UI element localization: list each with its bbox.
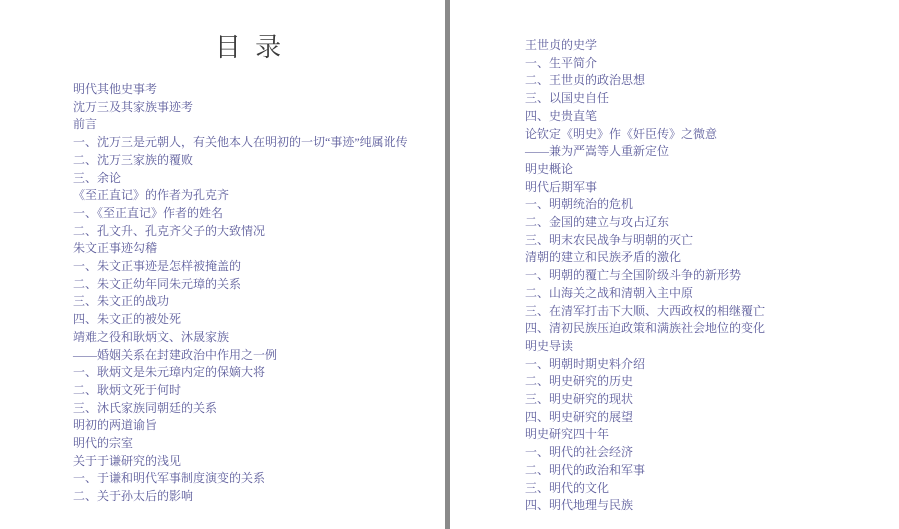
toc-entry[interactable]: 一、明朝统治的危机 — [525, 196, 885, 214]
toc-entry[interactable]: 三、在清军打击下大顺、大西政权的相继覆亡 — [525, 303, 885, 321]
toc-entry[interactable]: 四、清初民族压迫政策和满族社会地位的变化 — [525, 320, 885, 338]
toc-entry[interactable]: 二、关于孙太后的影响 — [73, 488, 423, 506]
toc-entry[interactable]: 一、于谦和明代军事制度演变的关系 — [73, 470, 423, 488]
toc-entry[interactable]: 王世贞的史学 — [525, 37, 885, 55]
toc-content-left: 目录 明代其他史事考沈万三及其家族事迹考前言一、沈万三是元朝人，有关他本人在明初… — [73, 0, 423, 506]
toc-entry[interactable]: 三、以国史自任 — [525, 90, 885, 108]
toc-entry[interactable]: 二、山海关之战和清朝入主中原 — [525, 285, 885, 303]
book-spread: 目录 明代其他史事考沈万三及其家族事迹考前言一、沈万三是元朝人，有关他本人在明初… — [0, 0, 899, 529]
toc-entry[interactable]: 明代的宗室 — [73, 435, 423, 453]
toc-entry[interactable]: 三、明史研究的现状 — [525, 391, 885, 409]
toc-entry[interactable]: 二、明史研究的历史 — [525, 373, 885, 391]
toc-entry[interactable]: 三、余论 — [73, 170, 423, 188]
toc-entry[interactable]: 前言 — [73, 116, 423, 134]
toc-entry[interactable]: ——婚姻关系在封建政治中作用之一例 — [73, 347, 423, 365]
toc-entry[interactable]: 二、朱文正幼年同朱元璋的关系 — [73, 276, 423, 294]
toc-entry[interactable]: 二、明代的政治和军事 — [525, 462, 885, 480]
toc-entry[interactable]: 一、明朝时期史料介绍 — [525, 356, 885, 374]
toc-entry[interactable]: 沈万三及其家族事迹考 — [73, 99, 423, 117]
toc-entry[interactable]: 《至正直记》的作者为孔克齐 — [73, 187, 423, 205]
toc-entry[interactable]: 一、《至正直记》作者的姓名 — [73, 205, 423, 223]
toc-entry[interactable]: 明史研究四十年 — [525, 426, 885, 444]
toc-entry[interactable]: 二、孔文升、孔克齐父子的大致情况 — [73, 223, 423, 241]
toc-entry[interactable]: 二、沈万三家族的覆败 — [73, 152, 423, 170]
toc-content-right: 王世贞的史学一、生平简介二、王世贞的政治思想三、以国史自任四、史贵直笔论钦定《明… — [525, 37, 885, 515]
toc-entry[interactable]: 二、耿炳文死于何时 — [73, 382, 423, 400]
toc-page-title: 目录 — [73, 33, 423, 63]
toc-list-right: 王世贞的史学一、生平简介二、王世贞的政治思想三、以国史自任四、史贵直笔论钦定《明… — [525, 37, 885, 515]
toc-entry[interactable]: 四、史贵直笔 — [525, 108, 885, 126]
page-right: 王世贞的史学一、生平简介二、王世贞的政治思想三、以国史自任四、史贵直笔论钦定《明… — [450, 0, 899, 529]
toc-list-left: 明代其他史事考沈万三及其家族事迹考前言一、沈万三是元朝人，有关他本人在明初的一切… — [73, 81, 423, 506]
toc-entry[interactable]: 一、明代的社会经济 — [525, 444, 885, 462]
toc-entry[interactable]: 一、朱文正事迹是怎样被掩盖的 — [73, 258, 423, 276]
toc-entry[interactable]: 明初的两道谕旨 — [73, 417, 423, 435]
toc-entry[interactable]: 一、明朝的覆亡与全国阶级斗争的新形势 — [525, 267, 885, 285]
toc-entry[interactable]: 一、耿炳文是朱元璋内定的保嫡大将 — [73, 364, 423, 382]
toc-entry[interactable]: 朱文正事迹勾稽 — [73, 240, 423, 258]
toc-entry[interactable]: 三、沐氏家族同朝廷的关系 — [73, 400, 423, 418]
toc-entry[interactable]: 一、沈万三是元朝人，有关他本人在明初的一切“事迹”纯属讹传 — [73, 134, 423, 152]
toc-entry[interactable]: 四、明代地理与民族 — [525, 497, 885, 515]
toc-entry[interactable]: 靖难之役和耿炳文、沐晟家族 — [73, 329, 423, 347]
toc-entry[interactable]: 论钦定《明史》作《奸臣传》之微意 — [525, 126, 885, 144]
toc-entry[interactable]: 明代后期军事 — [525, 179, 885, 197]
toc-entry[interactable]: 明史概论 — [525, 161, 885, 179]
toc-entry[interactable]: 明史导读 — [525, 338, 885, 356]
toc-entry[interactable]: 三、明末农民战争与明朝的灭亡 — [525, 232, 885, 250]
toc-entry[interactable]: 明代其他史事考 — [73, 81, 423, 99]
toc-entry[interactable]: 三、明代的文化 — [525, 480, 885, 498]
toc-entry[interactable]: 清朝的建立和民族矛盾的激化 — [525, 249, 885, 267]
toc-entry[interactable]: ——兼为严嵩等人重新定位 — [525, 143, 885, 161]
toc-entry[interactable]: 三、朱文正的战功 — [73, 293, 423, 311]
toc-entry[interactable]: 四、朱文正的被处死 — [73, 311, 423, 329]
toc-entry[interactable]: 二、王世贞的政治思想 — [525, 72, 885, 90]
toc-entry[interactable]: 四、明史研究的展望 — [525, 409, 885, 427]
toc-entry[interactable]: 二、金国的建立与攻占辽东 — [525, 214, 885, 232]
toc-entry[interactable]: 一、生平简介 — [525, 55, 885, 73]
page-left: 目录 明代其他史事考沈万三及其家族事迹考前言一、沈万三是元朝人，有关他本人在明初… — [0, 0, 445, 529]
toc-entry[interactable]: 关于于谦研究的浅见 — [73, 453, 423, 471]
